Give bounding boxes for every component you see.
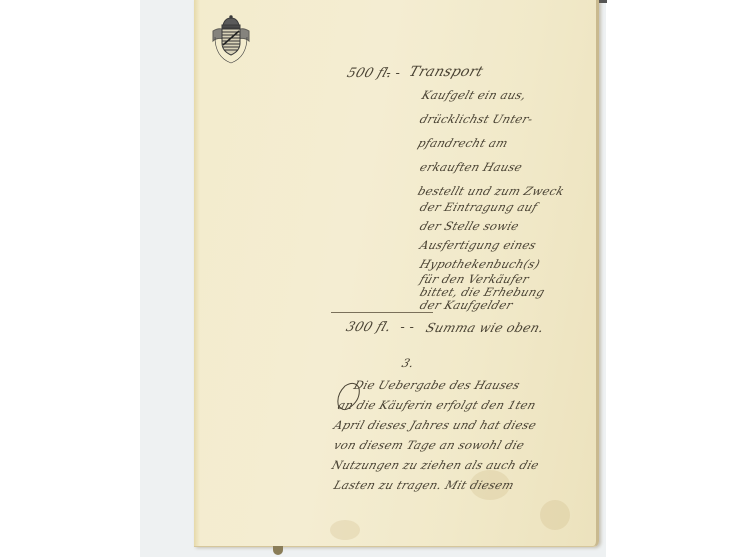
text-line: Nutzungen zu ziehen als auch die [330,458,541,472]
paper-stain [330,520,360,540]
text-line: Die Uebergabe des Hauses [352,378,522,392]
page-edge [194,0,200,546]
text-line: bittet, die Erhebung [418,285,547,299]
text-line: an die Käuferin erfolgt den 1ten [336,398,538,412]
text-line: Hypothekenbuch(s) [418,257,542,271]
text-line: Lasten zu tragen. Mit diesem [332,478,516,492]
text-line: Kaufgelt ein aus, [420,88,528,102]
text-line: für den Verkäufer [418,272,531,286]
text-line: der Stelle sowie [418,219,521,233]
text-line: erkauften Hause [418,160,524,174]
sum-rule [331,312,433,313]
text-line: pfandrecht am [416,136,510,150]
text-line: Ausfertigung eines [418,238,538,252]
text-line: bestellt und zum Zweck [416,184,566,198]
sum-label: Summa wie oben. [424,320,546,335]
text-line: der Eintragung auf [418,200,539,214]
text-line: von diesem Tage an sowohl die [332,438,526,452]
sum-amount: 300 fl. [344,320,393,335]
text-line: April dieses Jahres und hat diese [332,418,538,432]
text-line: drücklichst Unter- [418,112,535,126]
crown-shield-icon [205,15,257,65]
text-line: der Kaufgelder [418,298,515,312]
transport-label: Transport [407,64,485,80]
paper-stain [540,500,570,530]
